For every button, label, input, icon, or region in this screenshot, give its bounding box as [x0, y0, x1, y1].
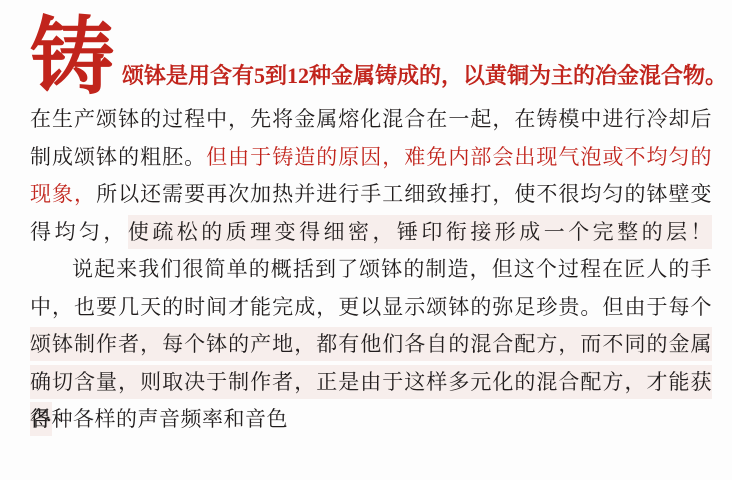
text-segment: 在生产颂钵的过程中，先将金属熔化混合在一起，在铸模中进行冷却后 — [30, 107, 712, 131]
body-lines: 在生产颂钵的过程中，先将金属熔化混合在一起，在铸模中进行冷却后制成颂钵的粗胚。但… — [30, 101, 712, 439]
text-line: 中，也要几天的时间才能完成，更以显示颂钵的弥足珍贵。但由于每个 — [30, 289, 712, 327]
text-segment: 说起来我们很简单的概括到了颂钵的制造，但这个过程在匠人的手 — [72, 257, 712, 281]
text-line: 制成颂钵的粗胚。但由于铸造的原因，难免内部会出现气泡或不均匀的 — [30, 139, 712, 177]
drop-cap-character: 铸 — [30, 19, 114, 99]
text-line: 在生产颂钵的过程中，先将金属熔化混合在一起，在铸模中进行冷却后 — [30, 101, 712, 139]
text-segment: 使疏松的质理变得细密，锤印衔接形成一个完整的层！ — [128, 215, 712, 249]
text-line: 得均匀，使疏松的质理变得细密，锤印衔接形成一个完整的层！ — [30, 214, 712, 252]
text-line: 现象，所以还需要再次加热并进行手工细致捶打，使不很均匀的钵壁变 — [30, 176, 712, 214]
text-segment: 所以还需要再次加热并进行手工细致捶打，使不很均匀的钵壁变 — [96, 182, 712, 206]
text-line: 说起来我们很简单的概括到了颂钵的制造，但这个过程在匠人的手 — [30, 251, 712, 289]
text-segment: 制成颂钵的粗胚。 — [30, 145, 206, 169]
text-segment: 现象， — [30, 182, 96, 206]
text-line: 颂钵制作者，每个钵的产地，都有他们各自的混合配方，而不同的金属的 — [30, 326, 712, 364]
text-segment: 中，也要几天的时间才能完成，更以显示颂钵的弥足珍贵。但由于每个 — [30, 295, 712, 319]
text-line: 确切含量，则取决于制作者，正是由于这样多元化的混合配方，才能获得 — [30, 364, 712, 402]
document-page: 铸 颂钵是用含有5到12种金属铸成的，以黄铜为主的冶金混合物。 在生产颂钵的过程… — [0, 0, 732, 480]
intro-line: 颂钵是用含有5到12种金属铸成的，以黄铜为主的冶金混合物。 — [122, 59, 727, 90]
text-segment: 但由于铸造的原因，难免内部会出现气泡或不均匀的 — [206, 145, 712, 169]
text-segment: 得均匀， — [30, 220, 128, 244]
text-line: 各种各样的声音频率和音色 — [30, 401, 712, 439]
paragraph-intro: 铸 颂钵是用含有5到12种金属铸成的，以黄铜为主的冶金混合物。 — [30, 4, 712, 99]
text-segment: 各种各样的声音频率和音色 — [30, 407, 288, 431]
